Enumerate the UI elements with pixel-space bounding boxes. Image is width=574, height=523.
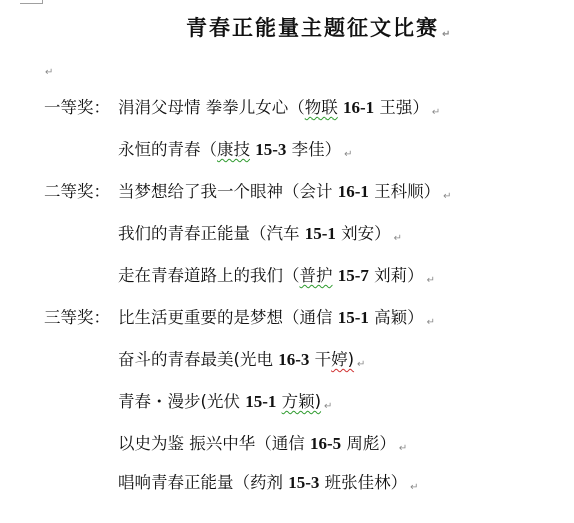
entry-name: 高颖） — [374, 308, 424, 327]
entry-name: 周彪） — [346, 434, 396, 453]
entry-class: 15-3 — [255, 140, 286, 159]
paragraph-mark-icon: ↵ — [432, 107, 440, 118]
paragraph-mark-icon: ↵ — [399, 443, 407, 454]
paragraph-mark-icon: ↵ — [410, 482, 418, 493]
entry-dept: 药剂 — [250, 473, 283, 492]
entry-dept: 会计 — [300, 182, 333, 201]
paragraph-mark-icon: ↵ — [357, 359, 365, 370]
entry-title: 永恒的青春（ — [118, 140, 217, 159]
entry-class: 15-3 — [288, 473, 319, 492]
document-page[interactable]: 青春正能量主题征文比赛↵ ↵ 一等奖： 涓涓父母情 拳拳儿女心（物联 16-1 … — [0, 0, 574, 523]
entry: 比生活更重要的是梦想（通信 15-1 高颖）↵ — [118, 306, 435, 335]
entry-name-plain: 干 — [315, 350, 332, 369]
entry: 以史为鉴 振兴中华（通信 16-5 周彪）↵ — [118, 432, 407, 461]
entry-line[interactable]: 我们的青春正能量（汽车 15-1 刘安）↵ — [0, 222, 574, 246]
empty-paragraph[interactable]: ↵ — [42, 58, 53, 78]
entry-class: 16-5 — [310, 434, 341, 453]
entry-class: 15-1 — [245, 392, 276, 411]
entry-title: 我们的青春正能量（ — [118, 224, 267, 243]
prize-line-second[interactable]: 二等奖： 当梦想给了我一个眼神（会计 16-1 王科顺）↵ — [0, 180, 574, 204]
entry-class: 15-1 — [305, 224, 336, 243]
document-title[interactable]: 青春正能量主题征文比赛↵ — [186, 12, 452, 42]
entry-class: 15-1 — [338, 308, 369, 327]
entry-line[interactable]: 奋斗的青春最美(光电 16-3 干婷)↵ — [0, 348, 574, 372]
paragraph-mark-icon: ↵ — [443, 191, 451, 202]
entry: 当梦想给了我一个眼神（会计 16-1 王科顺）↵ — [118, 180, 452, 209]
prize-line-first[interactable]: 一等奖： 涓涓父母情 拳拳儿女心（物联 16-1 王强）↵ — [0, 96, 574, 120]
entry-class: 15-7 — [338, 266, 369, 285]
entry-name: 刘安） — [341, 224, 391, 243]
entry-class: 16-3 — [278, 350, 309, 369]
entry-title: 唱响青春正能量（ — [118, 473, 250, 492]
entry-dept: 物联 — [305, 98, 338, 117]
entry-line[interactable]: 唱响青春正能量（药剂 15-3 班张佳林）↵ — [0, 471, 574, 495]
paragraph-mark-icon: ↵ — [427, 275, 435, 286]
entry-dept: 通信 — [300, 308, 333, 327]
entry-line[interactable]: 走在青春道路上的我们（普护 15-7 刘莉）↵ — [0, 264, 574, 288]
entry-title: 涓涓父母情 拳拳儿女心（ — [118, 98, 305, 117]
entry-name: 班张佳林） — [325, 473, 408, 492]
prize-line-third[interactable]: 三等奖： 比生活更重要的是梦想（通信 15-1 高颖）↵ — [0, 306, 574, 330]
entry-dept: 光电 — [240, 350, 273, 369]
entry-title: 以史为鉴 振兴中华（ — [118, 434, 272, 453]
entry: 走在青春道路上的我们（普护 15-7 刘莉）↵ — [118, 264, 435, 293]
entry-class: 16-1 — [343, 98, 374, 117]
entry-title: 奋斗的青春最美( — [118, 350, 240, 369]
entry: 唱响青春正能量（药剂 15-3 班张佳林）↵ — [118, 471, 419, 500]
entry: 奋斗的青春最美(光电 16-3 干婷)↵ — [118, 348, 365, 377]
paragraph-mark-icon: ↵ — [427, 317, 435, 328]
entry-name-marked: 婷) — [331, 350, 354, 369]
prize-label: 三等奖： — [44, 306, 110, 330]
paragraph-mark-icon: ↵ — [344, 149, 352, 160]
entry-name-marked: 方颖) — [282, 392, 321, 411]
prize-label: 二等奖： — [44, 180, 110, 204]
entry: 我们的青春正能量（汽车 15-1 刘安）↵ — [118, 222, 402, 251]
entry-name: 刘莉） — [374, 266, 424, 285]
entry-title: 青春・漫步( — [118, 392, 207, 411]
entry: 涓涓父母情 拳拳儿女心（物联 16-1 王强）↵ — [118, 96, 440, 125]
entry-line[interactable]: 永恒的青春（康技 15-3 李佳）↵ — [0, 138, 574, 162]
prize-label: 一等奖： — [44, 96, 110, 120]
entry-title: 走在青春道路上的我们（ — [118, 266, 300, 285]
paragraph-mark-icon: ↵ — [394, 233, 402, 244]
entry-name: 李佳） — [292, 140, 342, 159]
title-text: 青春正能量主题征文比赛 — [186, 15, 439, 40]
entry-dept: 康技 — [217, 140, 250, 159]
entry-name: 王科顺） — [374, 182, 440, 201]
entry: 青春・漫步(光伏 15-1 方颖)↵ — [118, 390, 332, 419]
entry-dept: 通信 — [272, 434, 305, 453]
entry-dept: 汽车 — [267, 224, 300, 243]
paragraph-mark-icon: ↵ — [442, 29, 452, 40]
paragraph-mark-icon: ↵ — [324, 401, 332, 412]
entry-title: 当梦想给了我一个眼神（ — [118, 182, 300, 201]
entry-line[interactable]: 以史为鉴 振兴中华（通信 16-5 周彪）↵ — [0, 432, 574, 456]
entry-title: 比生活更重要的是梦想（ — [118, 308, 300, 327]
paragraph-mark-icon: ↵ — [45, 67, 53, 78]
entry-dept: 普护 — [300, 266, 333, 285]
entry-dept: 光伏 — [207, 392, 240, 411]
entry-class: 16-1 — [338, 182, 369, 201]
entry-name: 王强） — [379, 98, 429, 117]
page-corner-marker — [20, 0, 43, 4]
entry-line[interactable]: 青春・漫步(光伏 15-1 方颖)↵ — [0, 390, 574, 414]
entry: 永恒的青春（康技 15-3 李佳）↵ — [118, 138, 353, 167]
